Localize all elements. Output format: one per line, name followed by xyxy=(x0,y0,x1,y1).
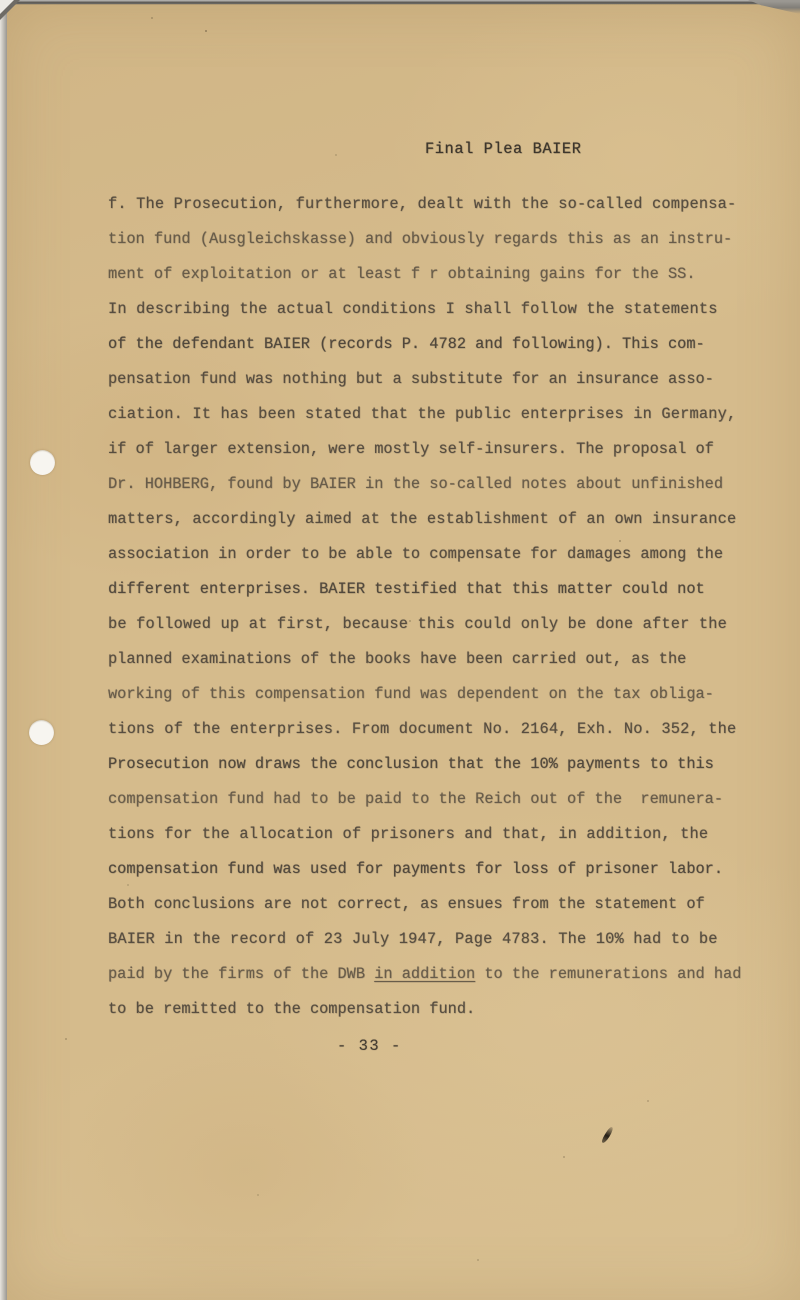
typed-line: BAIER in the record of 23 July 1947, Pag… xyxy=(108,922,784,957)
typed-line: Both conclusions are not correct, as ens… xyxy=(108,887,784,922)
typed-line: Dr. HOHBERG, found by BAIER in the so-ca… xyxy=(108,467,784,502)
typed-line: if of larger extension, were mostly self… xyxy=(108,432,784,467)
document-body: f. The Prosecution, furthermore, dealt w… xyxy=(108,187,784,1027)
ink-mark xyxy=(600,1126,614,1143)
typed-line: tions for the allocation of prisoners an… xyxy=(108,817,784,852)
typed-line: ment of exploitation or at least f r obt… xyxy=(108,257,784,292)
typed-line: association in order to be able to compe… xyxy=(108,537,784,572)
typed-line: matters, accordingly aimed at the establ… xyxy=(108,502,784,537)
scan-edge-top xyxy=(0,0,800,5)
typed-line: tion fund (Ausgleichskasse) and obviousl… xyxy=(108,222,784,257)
document-page: Final Plea BAIER f. The Prosecution, fur… xyxy=(7,4,800,1300)
scanned-document-screenshot: { "page": { "header": "Final Plea BAIER"… xyxy=(0,0,800,1300)
typed-line: compensation fund had to be paid to the … xyxy=(108,782,784,817)
typed-line: f. The Prosecution, furthermore, dealt w… xyxy=(108,187,784,222)
underlined-phrase: in addition xyxy=(374,965,475,983)
typed-line: be followed up at first, because this co… xyxy=(108,607,784,642)
punch-hole-bottom xyxy=(29,720,54,745)
typed-line: of the defendant BAIER (records P. 4782 … xyxy=(108,327,784,362)
punch-hole-top xyxy=(30,450,55,475)
document-title: Final Plea BAIER xyxy=(425,138,581,160)
typed-line: working of this compensation fund was de… xyxy=(108,677,784,712)
scan-edge-left xyxy=(0,0,7,1300)
typed-line: Prosecution now draws the conclusion tha… xyxy=(108,747,784,782)
typed-line: different enterprises. BAIER testified t… xyxy=(108,572,784,607)
paper-corner-top-left-backdrop xyxy=(0,0,14,14)
typed-line: tions of the enterprises. From document … xyxy=(108,712,784,747)
typed-line: to be remitted to the compensation fund. xyxy=(108,992,784,1027)
typed-line: paid by the firms of the DWB in addition… xyxy=(108,957,784,992)
typed-line: In describing the actual conditions I sh… xyxy=(108,292,784,327)
typed-line: ciation. It has been stated that the pub… xyxy=(108,397,784,432)
typed-line: compensation fund was used for payments … xyxy=(108,852,784,887)
typed-line: pensation fund was nothing but a substit… xyxy=(108,362,784,397)
typed-line: planned examinations of the books have b… xyxy=(108,642,784,677)
page-number: - 33 - xyxy=(337,1034,402,1058)
